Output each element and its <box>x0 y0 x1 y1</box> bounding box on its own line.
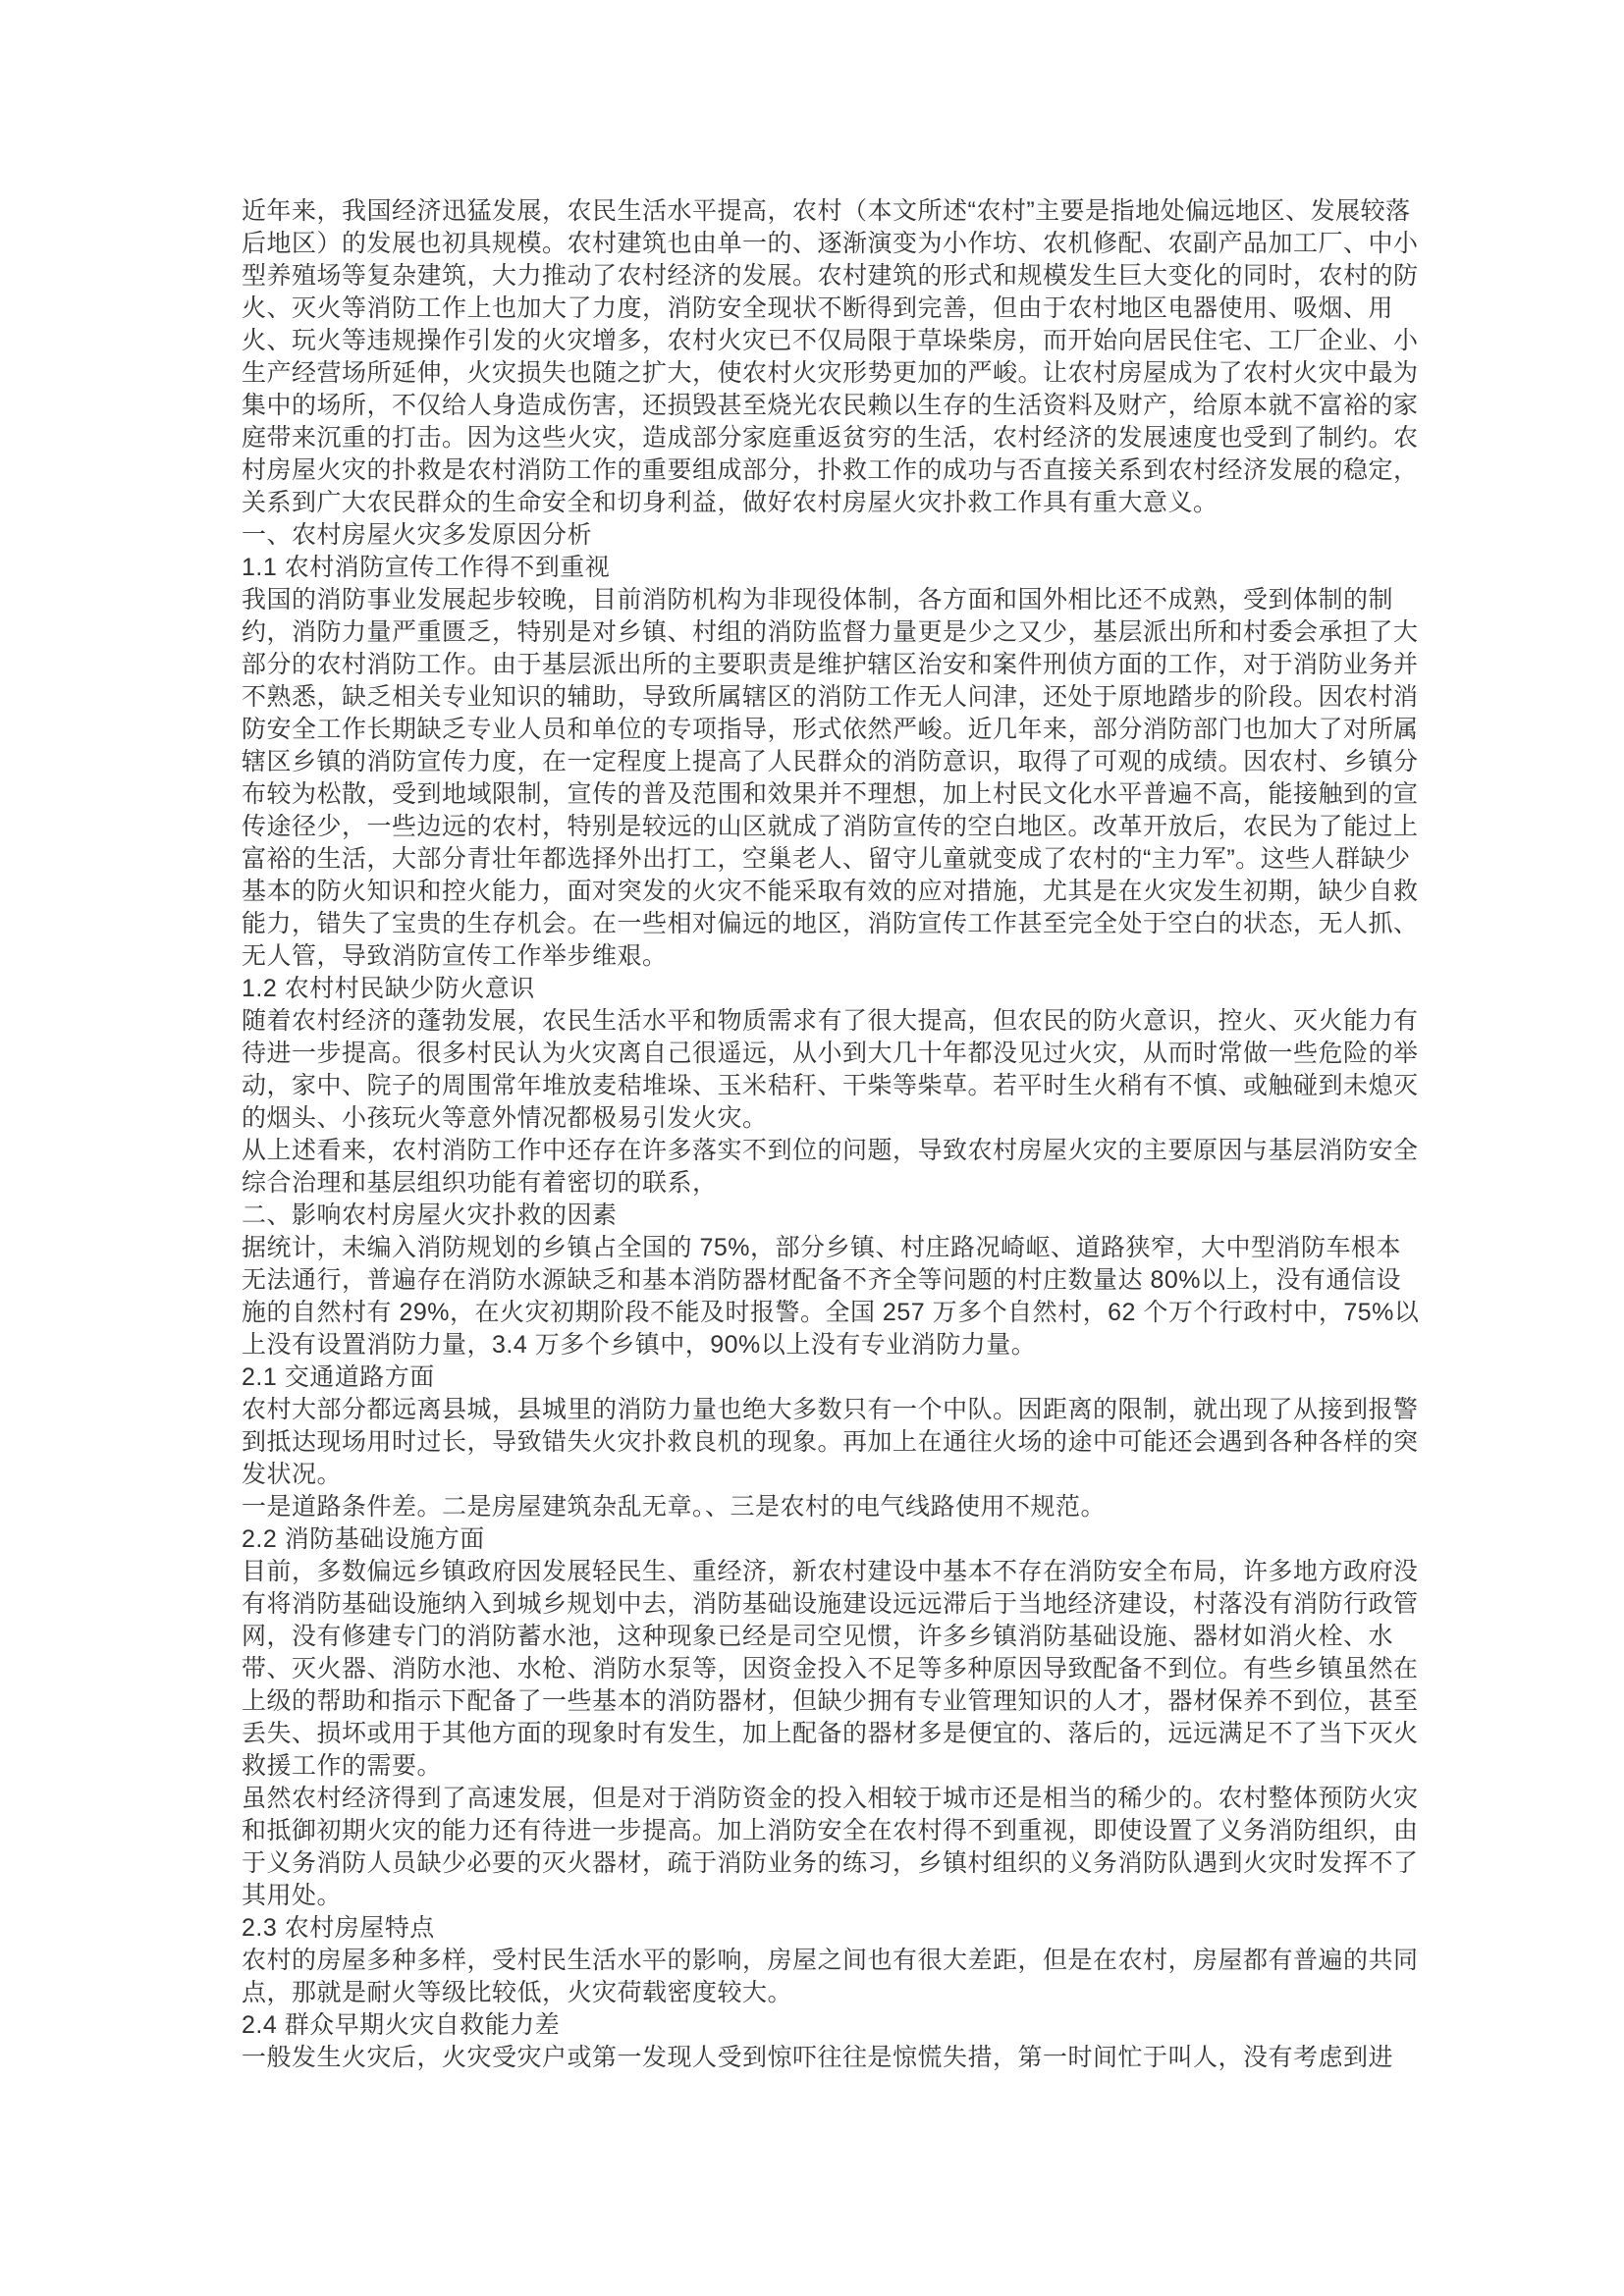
paragraph-2-statistics: 据统计，未编入消防规划的乡镇占全国的 75%，部分乡镇、村庄路况崎岖、道路狭窄，… <box>242 1232 1420 1362</box>
subsection-heading-2-3: 2.3 农村房屋特点 <box>242 1912 1420 1945</box>
paragraph-intro: 近年来，我国经济迅猛发展，农民生活水平提高，农村（本文所述“农村”主要是指地处偏… <box>242 195 1420 519</box>
paragraph-2-3: 农村的房屋多种多样，受村民生活水平的影响，房屋之间也有很大差距，但是在农村，房屋… <box>242 1945 1420 2009</box>
paragraph-1-2-summary: 从上述看来，农村消防工作中还存在许多落实不到位的问题，导致农村房屋火灾的主要原因… <box>242 1135 1420 1200</box>
paragraph-2-2-a: 目前，多数偏远乡镇政府因发展轻民生、重经济，新农村建设中基本不存在消防安全布局，… <box>242 1556 1420 1783</box>
subsection-heading-1-1: 1.1 农村消防宣传工作得不到重视 <box>242 552 1420 584</box>
paragraph-2-1-list: 一是道路条件差。二是房屋建筑杂乱无章。、三是农村的电气线路使用不规范。 <box>242 1491 1420 1523</box>
paragraph-2-1: 农村大部分都远离县城，县城里的消防力量也绝大多数只有一个中队。因距离的限制，就出… <box>242 1394 1420 1491</box>
section-heading-1: 一、农村房屋火灾多发原因分析 <box>242 519 1420 552</box>
paragraph-2-2-b: 虽然农村经济得到了高速发展，但是对于消防资金的投入相较于城市还是相当的稀少的。农… <box>242 1783 1420 1912</box>
subsection-heading-1-2: 1.2 农村村民缺少防火意识 <box>242 973 1420 1005</box>
document-page: 近年来，我国经济迅猛发展，农民生活水平提高，农村（本文所述“农村”主要是指地处偏… <box>0 0 1624 2296</box>
document-body: 近年来，我国经济迅猛发展，农民生活水平提高，农村（本文所述“农村”主要是指地处偏… <box>242 195 1420 2074</box>
section-heading-2: 二、影响农村房屋火灾扑救的因素 <box>242 1200 1420 1232</box>
paragraph-1-2: 随着农村经济的蓬勃发展，农民生活水平和物质需求有了很大提高，但农民的防火意识，控… <box>242 1005 1420 1135</box>
subsection-heading-2-2: 2.2 消防基础设施方面 <box>242 1523 1420 1556</box>
paragraph-2-4: 一般发生火灾后，火灾受灾户或第一发现人受到惊吓往往是惊慌失措，第一时间忙于叫人，… <box>242 2042 1420 2074</box>
subsection-heading-2-1: 2.1 交通道路方面 <box>242 1362 1420 1394</box>
subsection-heading-2-4: 2.4 群众早期火灾自救能力差 <box>242 2009 1420 2042</box>
paragraph-1-1: 我国的消防事业发展起步较晚，目前消防机构为非现役体制，各方面和国外相比还不成熟，… <box>242 584 1420 973</box>
